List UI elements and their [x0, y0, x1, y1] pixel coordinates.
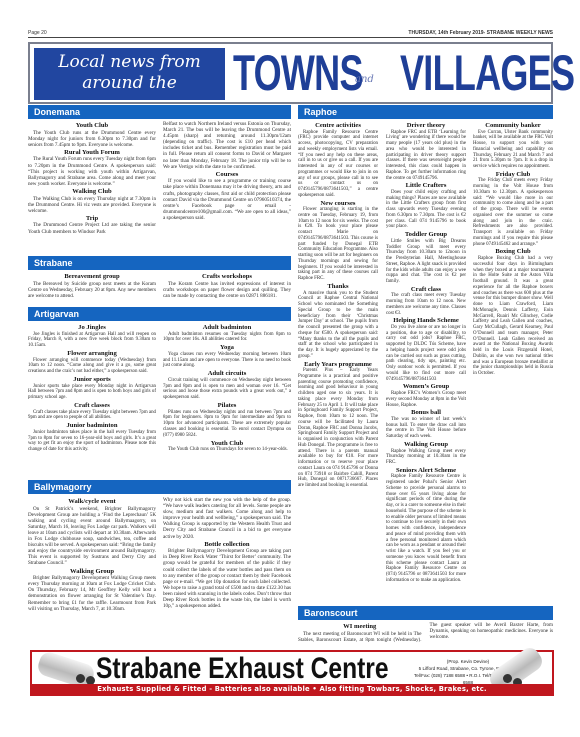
article-body: Pilates runs on Wednesday nights and run… [163, 410, 291, 439]
advert-title: Strabane Exhaust Centre [96, 652, 389, 686]
article-body: Little Smiles with Big Dreams Toddler Gr… [386, 239, 466, 285]
article-body: Raphoe Boxing Club had a very successful… [473, 256, 553, 377]
article-body: Why not kick start the new you with the … [163, 497, 291, 540]
article-heading: Helping Hands Scheme [386, 317, 466, 325]
strabane-col-2: Crafts workshops The Koram Centre has in… [163, 272, 291, 299]
article-body: Yoga classes run every Wednesday morning… [163, 352, 291, 369]
masthead: Local news from around the TOWNS and VIL… [28, 42, 553, 104]
article-heading: Bereavement group [28, 273, 156, 281]
dateline: THURSDAY, 14th February 2019- STRABANE W… [408, 30, 553, 36]
section-bar-artigarvan: Artigarvan [28, 307, 291, 321]
article-body: Brighter Ballymagorry Development Group … [163, 548, 291, 609]
article-heading: Youth Club [163, 440, 291, 448]
article-body: The Rural Youth Forum runs every Tuesday… [28, 156, 156, 186]
article-body: The Youth Club runs at the Drummond Cent… [28, 130, 156, 148]
article-body: Craft classes take place every Tuesday n… [28, 410, 156, 422]
raphoe-col-3: Community banker Eve Curran, Ulster Bank… [473, 121, 553, 377]
article-body: Does your child enjoy crafting and makin… [386, 190, 466, 230]
section-bar-baronscourt: Baronscourt [298, 606, 553, 620]
masthead-tagline: Local news from around the [34, 48, 225, 100]
article-body: Flower arranging will commence today (We… [28, 358, 156, 375]
article-body: The Walking Club is on every Thursday ni… [28, 196, 156, 214]
section-bar-raphoe: Raphoe [298, 105, 553, 119]
article-heading: Toddler Group [386, 231, 466, 239]
article-heading: Crafts workshops [163, 273, 291, 281]
article-heading: Walking Club [28, 188, 156, 196]
article-heading: Youth Club [28, 122, 156, 130]
article-heading: Junior badminton [28, 422, 156, 430]
article-body: On St Patrick’s weekend, Brighter Ballym… [28, 506, 156, 567]
artigarvan-col-2: Adult badminton Adult badminton resumes … [163, 323, 291, 453]
page-number: Page 20 [28, 30, 47, 36]
article-body: Do you live alone or are no longer in a … [386, 325, 466, 383]
article-heading: Adult badminton [163, 324, 291, 332]
section-bar-ballymagorry: Ballymagorry [28, 480, 291, 494]
article-heading: Women’s Group [386, 383, 466, 391]
ballymagorry-col-2: Why not kick start the new you with the … [163, 497, 291, 609]
article-body: A massive thank you to the Student Counc… [298, 291, 378, 360]
advert-strapline: Exhausts Supplied & Fitted - Batteries a… [32, 684, 552, 694]
article-heading: Centre activities [298, 122, 378, 130]
article-body: Raphoe Walking Group meet every Thursday… [386, 449, 466, 466]
article-body: Parents Plus – Early Years Programme is … [298, 368, 378, 489]
article-heading: Friday Club [473, 171, 553, 179]
header-rule [28, 37, 553, 38]
article-heading: Walking Group [28, 568, 156, 576]
article-body: Eve Curran, Ulster Bank community banker… [473, 130, 553, 170]
article-body: The Bereaved by Suicide group next meets… [28, 281, 156, 299]
advert-strabane-exhaust[interactable]: Strabane Exhaust Centre (Prop. Kevin Dev… [30, 650, 554, 696]
article-body: Circuit training will commence on Wednes… [163, 378, 291, 401]
article-heading: Jo Jingles [28, 324, 156, 332]
article-heading: Junior sports [28, 376, 156, 384]
article-body: Raphoe Family Resource Centre (FRC) prov… [298, 130, 378, 199]
page-header: Page 20 THURSDAY, 14th February 2019- ST… [28, 28, 553, 38]
article-body: The Koram Centre has invited expressions… [163, 281, 291, 299]
article-heading: Early Years programme [298, 361, 378, 369]
donemana-col-1: Youth Club The Youth Club runs at the Dr… [28, 121, 156, 235]
artigarvan-col-1: Jo Jingles Joe Jingles is finished at Ar… [28, 323, 156, 453]
article-body: Raphoe FRC’s Women’s Group meet every se… [386, 391, 466, 408]
article-body: Belfast to watch Northern Ireland versus… [163, 121, 291, 170]
article-heading: Boxing Club [473, 248, 553, 256]
article-heading: Driver theory [386, 122, 466, 130]
article-body: Joe Jingles is finished at Artigarvan Ha… [28, 332, 156, 349]
article-heading: Community banker [473, 122, 553, 130]
pipe-tip-icon [76, 674, 85, 683]
article-body: The Friday Club meets every Friday morni… [473, 178, 553, 247]
article-body: Brighter Ballymagorry Development Walkin… [28, 575, 156, 612]
article-body: Raphoe FRC and ETB ‘Learning for Living’… [386, 130, 466, 182]
ballymagorry-col-1: Walk/cycle event On St Patrick’s weekend… [28, 497, 156, 612]
article-body: Flower arranging is starting in the cent… [298, 207, 378, 282]
pipe-tip-icon [503, 674, 512, 683]
article-body: Junior sports take place every Monday ni… [28, 384, 156, 401]
article-heading: Walking Group [386, 441, 466, 449]
article-body: Adult badminton resumes on Tuesday night… [163, 332, 291, 344]
article-heading: Trip [28, 215, 156, 223]
article-body: The Youth Club runs on Thursdays for sev… [163, 447, 291, 453]
strabane-col-1: Bereavement group The Bereaved by Suicid… [28, 272, 156, 299]
tagline-line-1: Local news from [34, 52, 225, 73]
raphoe-col-2: Driver theory Raphoe FRC and ETB ‘Learni… [386, 121, 466, 584]
masthead-towns: TOWNS [233, 44, 363, 102]
article-heading: Pilates [163, 402, 291, 410]
article-heading: Walk/cycle event [28, 498, 156, 506]
article-heading: Yoga [163, 344, 291, 352]
article-body: Raphoe Family Resource Centre is registe… [386, 474, 466, 583]
masthead-villages: VILLAGES [400, 44, 574, 102]
article-heading: Seniors Alert Scheme [386, 467, 466, 475]
section-bar-donemana: Donemana [28, 105, 291, 119]
article-body: The craft class meet every Tuesday morni… [386, 293, 466, 316]
article-heading: Flower arranging [28, 350, 156, 358]
article-heading: WI meeting [298, 623, 422, 631]
article-heading: Little Crafters [386, 182, 466, 190]
article-heading: Bonus ball [386, 409, 466, 417]
article-heading: New courses [298, 200, 378, 208]
baronscourt-article: WI meeting The next meeting of Baronscou… [298, 622, 553, 643]
tagline-line-2: around the [34, 73, 225, 94]
donemana-col-2: Belfast to watch Northern Ireland versus… [163, 121, 291, 221]
article-heading: Craft class [386, 286, 466, 294]
article-heading: Craft classes [28, 402, 156, 410]
article-body: The was no winner of last week’s bonus b… [386, 417, 466, 440]
article-heading: Bottle collection [163, 541, 291, 549]
article-heading: Thanks [298, 283, 378, 291]
masthead-and: and [355, 74, 374, 85]
raphoe-col-1: Centre activities Raphoe Family Resource… [298, 121, 378, 489]
article-body: Junior badminton takes place in the hall… [28, 430, 156, 453]
section-bar-strabane: Strabane [28, 256, 291, 270]
article-body: If you would like to see a programme or … [163, 178, 291, 221]
article-heading: Adult circuits [163, 370, 291, 378]
article-body: The Drummond Centre Project Ltd are taki… [28, 222, 156, 234]
